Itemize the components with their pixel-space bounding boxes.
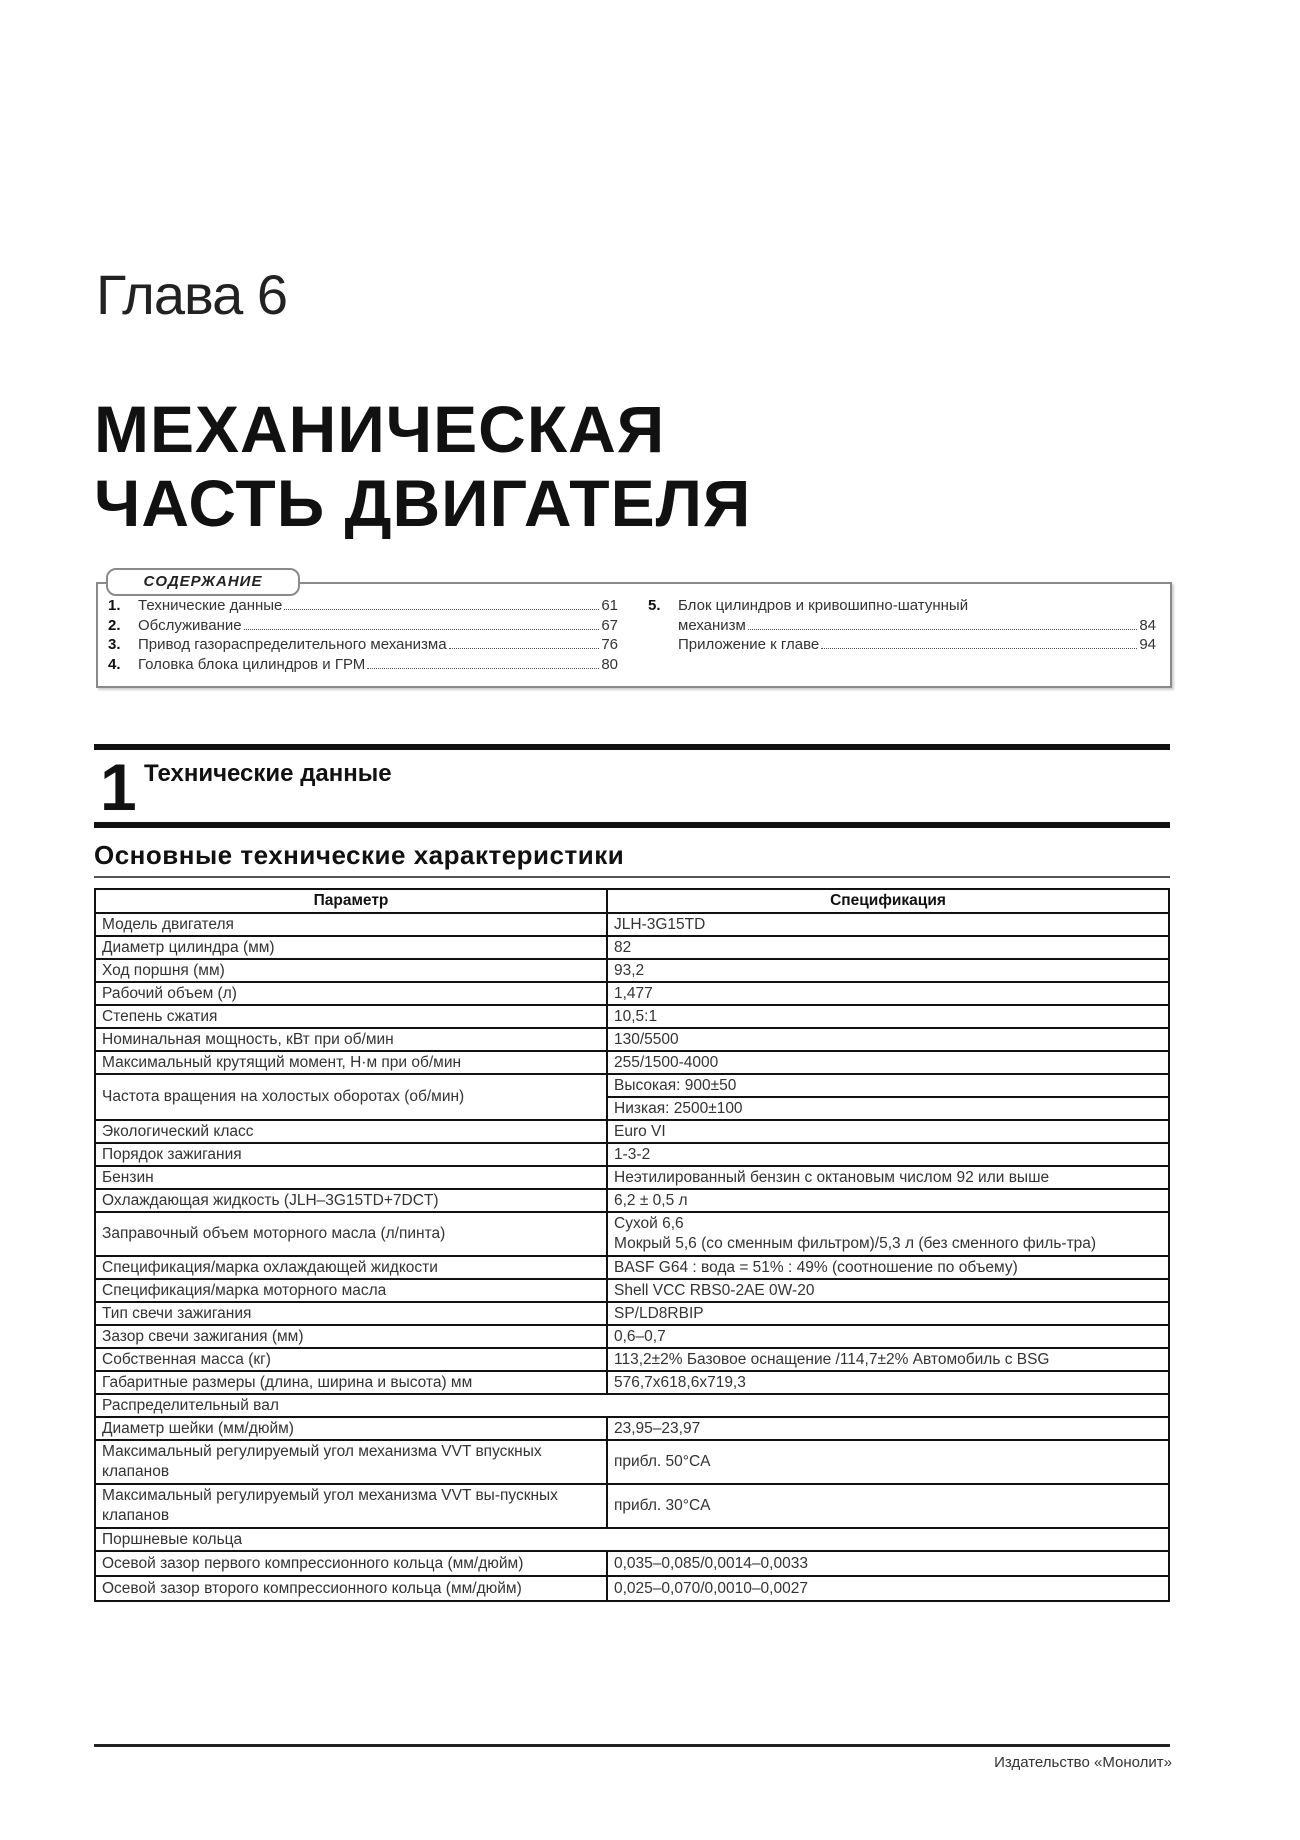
footer-divider	[94, 1744, 1170, 1747]
chapter-label: Глава 6	[96, 262, 287, 327]
toc-item[interactable]: 2. Обслуживание 67	[108, 616, 618, 636]
toc-item-page: 76	[601, 635, 618, 655]
parameter-cell: Спецификация/марка моторного масла	[95, 1279, 607, 1302]
value-cell: Сухой 6,6Мокрый 5,6 (со сменным фильтром…	[607, 1212, 1169, 1256]
value-cell: BASF G64 : вода = 51% : 49% (соотношение…	[607, 1256, 1169, 1279]
parameter-cell: Степень сжатия	[95, 1005, 607, 1028]
table-row: БензинНеэтилированный бензин с октановым…	[95, 1166, 1169, 1189]
parameter-cell: Заправочный объем моторного масла (л/пин…	[95, 1212, 607, 1256]
table-row: Спецификация/марка охлаждающей жидкостиB…	[95, 1256, 1169, 1279]
toc-item-page: 84	[1139, 616, 1156, 636]
section-title: Технические данные	[144, 760, 392, 788]
table-row: Экологический классEuro VI	[95, 1120, 1169, 1143]
value-cell: 6,2 ± 0,5 л	[607, 1189, 1169, 1212]
parameter-cell: Спецификация/марка охлаждающей жидкости	[95, 1256, 607, 1279]
value-cell: 93,2	[607, 959, 1169, 982]
toc-item[interactable]: 3. Привод газораспределительного механиз…	[108, 635, 618, 655]
value-cell: JLH-3G15TD	[607, 913, 1169, 936]
toc-item-text-cont: механизм	[678, 616, 746, 636]
value-cell: 1-3-2	[607, 1143, 1169, 1166]
table-row: Степень сжатия10,5:1	[95, 1005, 1169, 1028]
value-cell: 82	[607, 936, 1169, 959]
value-cell: Низкая: 2500±100	[607, 1097, 1169, 1120]
value-line: Мокрый 5,6 (со сменным фильтром)/5,3 л (…	[614, 1234, 1162, 1254]
toc-item-page: 94	[1139, 635, 1156, 655]
chapter-title-line2: ЧАСТЬ ДВИГАТЕЛЯ	[94, 466, 751, 540]
toc-item[interactable]: 4. Головка блока цилиндров и ГРМ 80	[108, 655, 618, 675]
parameter-cell: Диаметр шейки (мм/дюйм)	[95, 1417, 607, 1440]
parameter-cell: Бензин	[95, 1166, 607, 1189]
parameter-cell: Осевой зазор второго компрессионного кол…	[95, 1576, 607, 1601]
value-cell: прибл. 30°CA	[607, 1484, 1169, 1528]
toc-leader-dots	[748, 629, 1137, 630]
section-divider-bottom	[94, 822, 1170, 828]
value-cell: 10,5:1	[607, 1005, 1169, 1028]
value-cell: прибл. 50°CA	[607, 1440, 1169, 1484]
toc-column-right: 5. Блок цилиндров и кривошипно-шатунный …	[648, 596, 1156, 655]
value-cell: 576,7x618,6x719,3	[607, 1371, 1169, 1394]
value-cell: Shell VCC RBS0-2AE 0W-20	[607, 1279, 1169, 1302]
spec-table-body: Модель двигателяJLH-3G15TDДиаметр цилинд…	[95, 913, 1169, 1601]
table-row: Габаритные размеры (длина, ширина и высо…	[95, 1371, 1169, 1394]
group-label: Распределительный вал	[95, 1394, 1169, 1417]
toc-item-text: Приложение к главе	[678, 635, 819, 655]
parameter-cell: Ход поршня (мм)	[95, 959, 607, 982]
parameter-cell: Максимальный регулируемый угол механизма…	[95, 1440, 607, 1484]
toc-item-page: 80	[601, 655, 618, 675]
toc-item-page: 61	[601, 596, 618, 616]
parameter-cell: Максимальный крутящий момент, Н·м при об…	[95, 1051, 607, 1074]
table-row: Ход поршня (мм)93,2	[95, 959, 1169, 982]
value-cell: 1,477	[607, 982, 1169, 1005]
toc-item-text: Блок цилиндров и кривошипно-шатунный	[678, 596, 968, 616]
value-cell: 130/5500	[607, 1028, 1169, 1051]
parameter-cell: Частота вращения на холостых оборотах (о…	[95, 1074, 607, 1120]
table-row: Охлаждающая жидкость (JLH–3G15TD+7DCT)6,…	[95, 1189, 1169, 1212]
toc-item-number: 5.	[648, 596, 678, 616]
toc-heading: СОДЕРЖАНИЕ	[106, 568, 300, 596]
table-row: Максимальный регулируемый угол механизма…	[95, 1440, 1169, 1484]
table-row: Осевой зазор первого компрессионного кол…	[95, 1551, 1169, 1576]
toc-leader-dots	[821, 648, 1137, 649]
value-cell: 255/1500-4000	[607, 1051, 1169, 1074]
parameter-cell: Охлаждающая жидкость (JLH–3G15TD+7DCT)	[95, 1189, 607, 1212]
table-row: Зазор свечи зажигания (мм)0,6–0,7	[95, 1325, 1169, 1348]
value-cell: Высокая: 900±50	[607, 1074, 1169, 1097]
parameter-cell: Тип свечи зажигания	[95, 1302, 607, 1325]
column-header-parameter: Параметр	[95, 889, 607, 913]
value-cell: SP/LD8RBIP	[607, 1302, 1169, 1325]
parameter-cell: Собственная масса (кг)	[95, 1348, 607, 1371]
toc-item-number: 1.	[108, 596, 138, 616]
value-cell: Неэтилированный бензин с октановым число…	[607, 1166, 1169, 1189]
publisher-name: Издательство «Монолит»	[994, 1754, 1172, 1771]
toc-leader-dots	[244, 629, 600, 630]
value-cell: 0,025–0,070/0,0010–0,0027	[607, 1576, 1169, 1601]
table-row: Осевой зазор второго компрессионного кол…	[95, 1576, 1169, 1601]
toc-item-number: 3.	[108, 635, 138, 655]
table-row: Максимальный крутящий момент, Н·м при об…	[95, 1051, 1169, 1074]
toc-leader-dots	[367, 668, 599, 669]
toc-item[interactable]: 5. Блок цилиндров и кривошипно-шатунный …	[648, 596, 1156, 635]
section-number: 1	[100, 752, 137, 822]
toc-leader-dots	[284, 609, 599, 610]
spec-table: Параметр Спецификация Модель двигателяJL…	[94, 888, 1170, 1602]
table-row: Тип свечи зажиганияSP/LD8RBIP	[95, 1302, 1169, 1325]
parameter-cell: Экологический класс	[95, 1120, 607, 1143]
toc-item[interactable]: 1. Технические данные 61	[108, 596, 618, 616]
chapter-title: МЕХАНИЧЕСКАЯ ЧАСТЬ ДВИГАТЕЛЯ	[94, 392, 751, 540]
table-row: Спецификация/марка моторного маслаShell …	[95, 1279, 1169, 1302]
group-label: Поршневые кольца	[95, 1528, 1169, 1551]
toc-leader-dots	[449, 648, 600, 649]
parameter-cell: Осевой зазор первого компрессионного кол…	[95, 1551, 607, 1576]
parameter-cell: Габаритные размеры (длина, ширина и высо…	[95, 1371, 607, 1394]
value-cell: 113,2±2% Базовое оснащение /114,7±2% Авт…	[607, 1348, 1169, 1371]
table-row: Собственная масса (кг)113,2±2% Базовое о…	[95, 1348, 1169, 1371]
toc-item-number: 2.	[108, 616, 138, 636]
toc-item-text: Привод газораспределительного механизма	[138, 635, 447, 655]
table-row: Номинальная мощность, кВт при об/мин130/…	[95, 1028, 1169, 1051]
chapter-title-line1: МЕХАНИЧЕСКАЯ	[94, 392, 751, 466]
value-cell: 23,95–23,97	[607, 1417, 1169, 1440]
parameter-cell: Диаметр цилиндра (мм)	[95, 936, 607, 959]
parameter-cell: Номинальная мощность, кВт при об/мин	[95, 1028, 607, 1051]
table-row: Частота вращения на холостых оборотах (о…	[95, 1074, 1169, 1097]
table-row: Диаметр цилиндра (мм)82	[95, 936, 1169, 959]
toc-item-page: 67	[601, 616, 618, 636]
table-group-row: Поршневые кольца	[95, 1528, 1169, 1551]
toc-item-text: Обслуживание	[138, 616, 242, 636]
table-row: Порядок зажигания1-3-2	[95, 1143, 1169, 1166]
toc-item-text: Технические данные	[138, 596, 282, 616]
table-row: Заправочный объем моторного масла (л/пин…	[95, 1212, 1169, 1256]
parameter-cell: Зазор свечи зажигания (мм)	[95, 1325, 607, 1348]
toc-item-number: 4.	[108, 655, 138, 675]
table-row: Максимальный регулируемый угол механизма…	[95, 1484, 1169, 1528]
value-line: Сухой 6,6	[614, 1214, 1162, 1234]
value-cell: 0,6–0,7	[607, 1325, 1169, 1348]
parameter-cell: Модель двигателя	[95, 913, 607, 936]
toc-item[interactable]: Приложение к главе 94	[648, 635, 1156, 655]
value-cell: 0,035–0,085/0,0014–0,0033	[607, 1551, 1169, 1576]
table-header-row: Параметр Спецификация	[95, 889, 1169, 913]
section-divider-top	[94, 744, 1170, 750]
table-group-row: Распределительный вал	[95, 1394, 1169, 1417]
parameter-cell: Максимальный регулируемый угол механизма…	[95, 1484, 607, 1528]
toc-item-text: Головка блока цилиндров и ГРМ	[138, 655, 365, 675]
toc-column-left: 1. Технические данные 61 2. Обслуживание…	[108, 596, 618, 674]
subsection-title: Основные технические характеристики	[94, 840, 624, 871]
table-row: Диаметр шейки (мм/дюйм)23,95–23,97	[95, 1417, 1169, 1440]
parameter-cell: Рабочий объем (л)	[95, 982, 607, 1005]
table-row: Модель двигателяJLH-3G15TD	[95, 913, 1169, 936]
table-row: Рабочий объем (л)1,477	[95, 982, 1169, 1005]
parameter-cell: Порядок зажигания	[95, 1143, 607, 1166]
subsection-underline	[94, 876, 1170, 878]
value-cell: Euro VI	[607, 1120, 1169, 1143]
column-header-specification: Спецификация	[607, 889, 1169, 913]
